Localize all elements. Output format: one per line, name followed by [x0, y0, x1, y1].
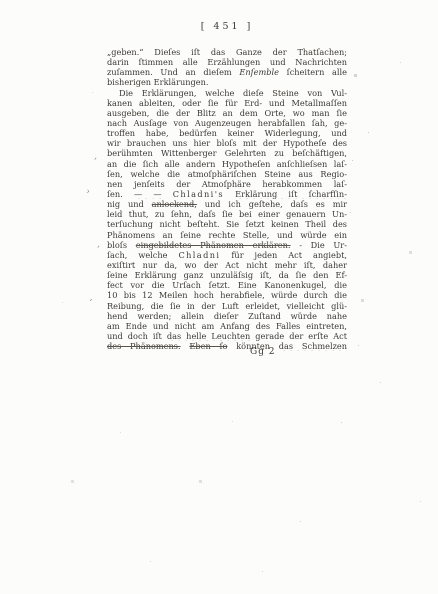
- pen-underlined-text: das helle Leuchten: [167, 331, 250, 341]
- text-line: bisherigen Erklärungen.: [107, 77, 347, 87]
- text-line: ausgeben, die der Blitz an dem Orte, wo …: [107, 108, 347, 118]
- margin-pen-mark: ‚: [89, 294, 94, 303]
- text-line: und doch iſt das helle Leuchten gerade d…: [107, 331, 347, 341]
- text-segment: „geben.“ Dieſes iſt das Ganze der Thatſa…: [107, 47, 347, 57]
- text-line: „geben.“ Dieſes iſt das Ganze der Thatſa…: [107, 47, 347, 57]
- text-segment: Reibung, die ſie in der Luft erleidet, v…: [107, 301, 347, 311]
- text-segment: [224, 189, 235, 199]
- text-segment: bloſs: [107, 240, 136, 250]
- text-line: am Ende und nicht am Anfang des Falles e…: [107, 321, 347, 331]
- text-line: 10 bis 12 Meilen hoch herabfiele, würde …: [107, 290, 347, 300]
- pen-underlined-text: — —: [134, 189, 162, 199]
- text-line: nen jenſeits der Atmoſphäre herabkommen …: [107, 179, 347, 189]
- text-segment: - Die Ur-: [290, 240, 347, 250]
- book-page-scan: [ 451 ] „geben.“ Dieſes iſt das Ganze de…: [0, 0, 438, 594]
- text-segment: am Ende und nicht am Anfang des Falles e…: [107, 321, 347, 331]
- text-line: troffen habe, bedürfen keiner Widerlegun…: [107, 128, 347, 138]
- signature-mark: Gg 2: [250, 347, 276, 357]
- text-line: nig und anlockend, und ich geſtehe, daſs…: [107, 199, 347, 209]
- body-text-block: „geben.“ Dieſes iſt das Ganze der Thatſa…: [107, 47, 347, 351]
- text-segment: an die ſich alle andern Hypotheſen anſch…: [107, 159, 347, 169]
- text-line: zuſammen. Und an dieſem Enſemble ſcheite…: [107, 67, 347, 77]
- italic-text: Enſemble: [239, 67, 279, 77]
- text-line: an die ſich alle andern Hypotheſen anſch…: [107, 159, 347, 169]
- text-line: nach Ausſage von Augenzeugen herabfallen…: [107, 118, 347, 128]
- text-line: exiſtirt nur da, wo der Act nicht mehr i…: [107, 260, 347, 270]
- pen-struck-text: anlockend,: [152, 199, 197, 209]
- text-segment: ſcheitern alle: [279, 67, 347, 77]
- text-segment: kanen ableiten, oder ſie für Erd- und Me…: [107, 98, 347, 108]
- text-segment: bisherigen Erklärungen.: [107, 77, 208, 87]
- letterspaced-name: Chladni's: [173, 189, 224, 199]
- margin-pen-mark: ’: [95, 246, 100, 255]
- pen-underlined-text: das Schmelzen: [279, 341, 347, 351]
- text-segment: darin ſtimmen alle Erzählungen und Nachr…: [107, 57, 347, 67]
- text-segment: Die Erklärungen, welche dieſe Steine von…: [119, 88, 347, 98]
- text-segment: 10 bis 12 Meilen hoch herabfiele, würde …: [107, 290, 347, 300]
- text-segment: hend werden; allein dieſer Zuſtand würde…: [107, 311, 347, 321]
- text-segment: leid thut, zu ſehn, daſs ſie bei einer g…: [107, 209, 347, 219]
- text-line: des Phänomens. Eben ſo könnten das Schme…: [107, 341, 347, 351]
- letterspaced-name: Chladni: [178, 250, 220, 260]
- text-line: berühmten Wittenberger Gelehrten zu beſc…: [107, 148, 347, 158]
- text-segment: nach Ausſage von Augenzeugen herabfallen…: [107, 118, 347, 128]
- text-line: darin ſtimmen alle Erzählungen und Nachr…: [107, 57, 347, 67]
- text-segment: nig und: [107, 199, 152, 209]
- text-line: wir brauchen uns hier bloſs mit der Hypo…: [107, 138, 347, 148]
- text-segment: nen jenſeits der Atmoſphäre herabkommen …: [107, 179, 347, 189]
- text-line: kanen ableiten, oder ſie für Erd- und Me…: [107, 98, 347, 108]
- text-line: ſach, welche Chladni für jeden Act angie…: [107, 250, 347, 260]
- text-segment: ſach, welche: [107, 250, 178, 260]
- text-line: ſen, welche die atmoſphäriſchen Steine a…: [107, 169, 347, 179]
- page-number-header: [ 451 ]: [107, 21, 347, 32]
- scan-noise-speckles: [0, 0, 1, 1]
- text-segment: wir brauchen uns hier bloſs mit der Hypo…: [107, 138, 347, 148]
- text-line: leid thut, zu ſehn, daſs ſie bei einer g…: [107, 209, 347, 219]
- text-segment: ſen.: [107, 189, 134, 199]
- text-line: fect vor die Urſach ſetzt. Eine Kanonenk…: [107, 280, 347, 290]
- text-line: terſuchung nicht beſteht. Sie ſetzt kein…: [107, 219, 347, 229]
- text-line: ſen. — — Chladni's Erklärung iſt ſcharfſ…: [107, 189, 347, 199]
- text-line: Die Erklärungen, welche dieſe Steine von…: [107, 88, 347, 98]
- text-segment: gerade der erſte Act: [250, 331, 347, 341]
- text-line: hend werden; allein dieſer Zuſtand würde…: [107, 311, 347, 321]
- text-line: bloſs eingebildetes Phänomen erklären. -…: [107, 240, 347, 250]
- text-segment: für jeden Act angiebt,: [220, 250, 347, 260]
- text-line: ſeine Erklärung ganz unzuläſsig iſt, da …: [107, 270, 347, 280]
- text-segment: und doch iſt: [107, 331, 167, 341]
- text-segment: terſuchung nicht beſteht. Sie ſetzt kein…: [107, 219, 347, 229]
- text-line: Phänomens an ſeine rechte Stelle, und wü…: [107, 230, 347, 240]
- text-segment: exiſtirt nur da, wo der Act nicht mehr i…: [107, 260, 347, 270]
- text-segment: zuſammen. Und an dieſem: [107, 67, 239, 77]
- text-segment: und ich geſtehe, daſs es mir: [197, 199, 347, 209]
- text-segment: ſeine Erklärung ganz unzuläſsig iſt, da …: [107, 270, 347, 280]
- text-segment: troffen habe, bedürfen keiner Widerlegun…: [107, 128, 347, 138]
- margin-pen-mark: ’: [92, 158, 97, 167]
- pen-struck-text: eingebildetes Phänomen erklären.: [136, 240, 291, 250]
- pen-struck-text: des Phänomens.: [107, 341, 181, 351]
- text-segment: [162, 189, 173, 199]
- text-segment: ſen, welche die atmoſphäriſchen Steine a…: [107, 169, 347, 179]
- text-line: Reibung, die ſie in der Luft erleidet, v…: [107, 301, 347, 311]
- text-segment: fect vor die Urſach ſetzt. Eine Kanonenk…: [107, 280, 347, 290]
- pen-underlined-text: Erklärung iſt ſcharfſin-: [235, 189, 347, 199]
- text-segment: berühmten Wittenberger Gelehrten zu beſc…: [107, 148, 347, 158]
- pen-struck-text: Eben ſo: [189, 341, 227, 351]
- text-segment: ausgeben, die der Blitz an dem Orte, wo …: [107, 108, 347, 118]
- text-segment: Phänomens an ſeine rechte Stelle, und wü…: [107, 230, 347, 240]
- margin-pen-mark: ›: [85, 188, 91, 198]
